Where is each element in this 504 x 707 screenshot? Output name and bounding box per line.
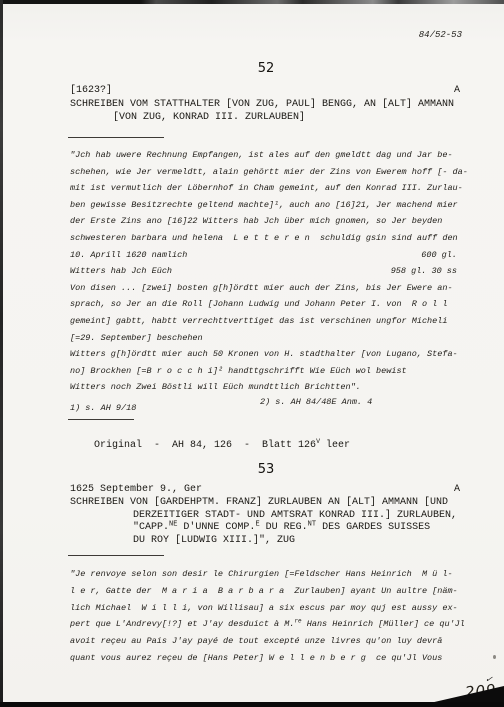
quote-line: no] Brockhen [=B r o c c h i]² handttgsc…	[70, 363, 463, 380]
scan-edge-bottom	[0, 702, 504, 707]
title-text: DES GARDES SUISSES	[316, 522, 430, 533]
entry53-meta-row: 1625 September 9., Ger A	[70, 483, 460, 496]
entry52-footnotes: 1) s. AH 9/18 2) s. AH 84/48E Anm. 4	[70, 397, 462, 411]
quote-line: der Erste Zins ano [16]22 Witters hab Jc…	[70, 213, 463, 230]
entry52-title-line2: [VON ZUG, KONRAD III. ZURLAUBEN]	[70, 111, 454, 124]
quote-line: mit ist vermutlich der Löbernhof in Cham…	[70, 180, 463, 197]
quote-line: schwesteren barbara und helena L e t t e…	[70, 230, 463, 247]
entry52-meta-row: [1623?] A	[70, 84, 460, 97]
entry53-title-line4: DU ROY [LUDWIG XIII.]", ZUG	[70, 535, 457, 548]
title-text: D'UNNE COMP.	[177, 522, 255, 533]
quote-line: schehen, wie Jer vermeldtt, alain gehört…	[70, 164, 463, 181]
superscript-re: re	[294, 618, 301, 625]
section-rule	[68, 419, 134, 420]
entry52-date: [1623?]	[70, 84, 112, 97]
quote-text: pert que L'Andrevy[!?] et J'ay desduict …	[70, 619, 294, 629]
entry52-title: SCHREIBEN VOM STATTHALTER [VON ZUG, PAUL…	[70, 98, 454, 124]
entry52-title-line1: SCHREIBEN VOM STATTHALTER [VON ZUG, PAUL…	[70, 98, 454, 111]
scan-edge-top	[0, 0, 504, 4]
entry52-quote: "Jch hab uwere Rechnung Empfangen, ist a…	[70, 147, 463, 396]
quote-line: lich Michael W i l l i, von Willisau] a …	[70, 600, 463, 617]
amount-row: 10. Aprill 1620 namlich 600 gl.	[70, 247, 463, 264]
entry52-marginal-letter: A	[454, 84, 460, 97]
quote-line: Von disen ... [zwei] bosten g[h]ördtt mi…	[70, 280, 463, 297]
superscript-nt: NT	[308, 521, 316, 529]
entry52-number: 52	[70, 61, 462, 76]
quote-line: pert que L'Andrevy[!?] et J'ay desduict …	[70, 616, 463, 633]
title-text: "CAPP.	[133, 522, 169, 533]
original-source-note: Original - AH 84, 126 - Blatt 126V leer	[70, 426, 350, 465]
entry53-quote: "Je renvoye selon son desir le Chirurgie…	[70, 566, 463, 667]
original-note-text: Original - AH 84, 126 - Blatt 126	[94, 440, 316, 451]
amount-label: Witters hab Jch Eüch	[70, 263, 172, 280]
entry53-title-line2: DERZEITIGER STADT- UND AMTSRAT KONRAD II…	[70, 510, 457, 523]
section-rule	[68, 137, 164, 138]
quote-line: avoit reçeu au Pais J'ay payé de tout ex…	[70, 633, 463, 650]
amount-value: 958 gl. 30 ss	[391, 263, 457, 280]
quote-line: quant vous aurez reçeu de [Hans Peter] W…	[70, 650, 463, 667]
quote-line: [=29. September] beschehen	[70, 330, 463, 347]
entry53-title-line1: SCHREIBEN VON [GARDEHPTM. FRANZ] ZURLAUB…	[70, 497, 457, 510]
footnote-2: 2) s. AH 84/48E Anm. 4	[260, 397, 372, 407]
quote-text: Hans Heinrich [Müller] ce qu'Jl	[302, 619, 465, 629]
title-text: DU REG.	[260, 522, 308, 533]
section-rule	[68, 555, 164, 556]
quote-line: gemeint] gabtt, habtt verrechttverttiget…	[70, 313, 463, 330]
ink-speck	[493, 655, 496, 659]
original-note-text: leer	[320, 440, 350, 451]
scan-edge-left	[0, 0, 3, 707]
quote-line: "Jch hab uwere Rechnung Empfangen, ist a…	[70, 147, 463, 164]
amount-row: Witters hab Jch Eüch 958 gl. 30 ss	[70, 263, 463, 280]
quote-line: Witters noch Zwei Böstli will Eüch mundt…	[70, 379, 463, 396]
entry53-marginal-letter: A	[454, 483, 460, 496]
quote-line: l e r, Gatte der M a r i a B a r b a r a…	[70, 583, 463, 600]
entry53-title: SCHREIBEN VON [GARDEHPTM. FRANZ] ZURLAUB…	[70, 497, 457, 547]
quote-line: ben gewisse Besitzrechte geltend machte]…	[70, 197, 463, 214]
archive-ref: 84/52-53	[419, 30, 462, 40]
entry53-date: 1625 September 9., Ger	[70, 483, 202, 496]
scanned-document-page: 84/52-53 52 [1623?] A SCHREIBEN VOM STAT…	[0, 0, 504, 707]
quote-line: sprach, so Jer an die Roll [Johann Ludwi…	[70, 296, 463, 313]
entry53-number: 53	[70, 462, 462, 477]
amount-value: 600 gl.	[421, 247, 457, 264]
entry53-title-line3: "CAPP.NE D'UNNE COMP.E DU REG.NT DES GAR…	[70, 522, 457, 535]
quote-line: Witters g[h]ördtt mier auch 50 Kronen vo…	[70, 346, 463, 363]
amount-label: 10. Aprill 1620 namlich	[70, 247, 187, 264]
quote-line: "Je renvoye selon son desir le Chirurgie…	[70, 566, 463, 583]
footnote-1: 1) s. AH 9/18	[70, 403, 136, 413]
